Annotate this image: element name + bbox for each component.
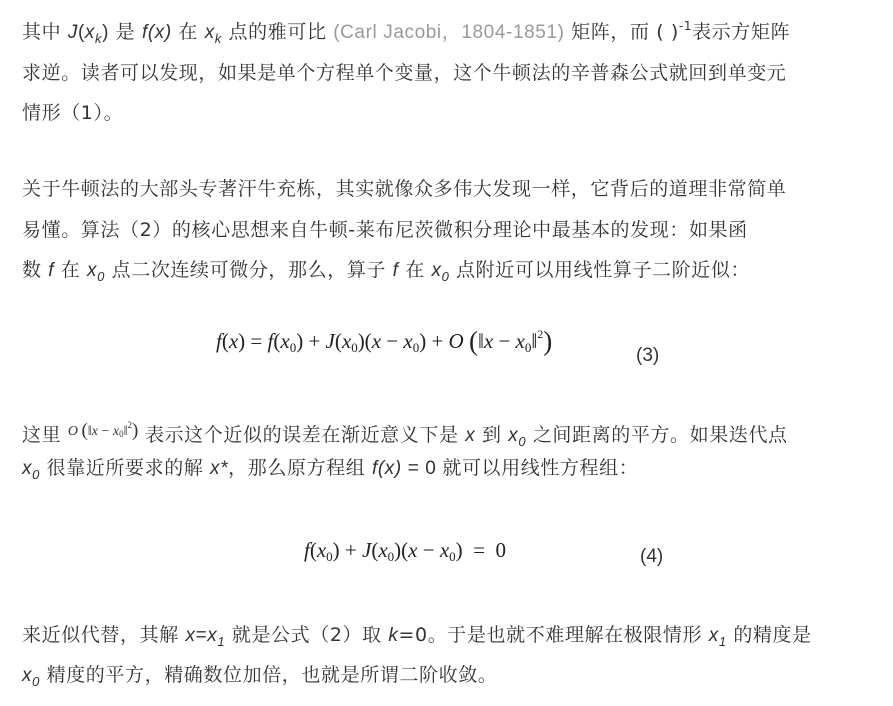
math-symbol-x: x [85, 22, 95, 43]
math-f: f [268, 329, 274, 353]
inline-big-o-formula: O (‖x − x0‖2) [68, 424, 139, 439]
plus-sign: + [303, 329, 325, 353]
paragraph-2-line-3: 数 f 在 x0 点二次连续可微分，那么，算子 f 在 x0 点附近可以用线性算… [22, 258, 750, 289]
subscript-0: 0 [97, 269, 105, 284]
text-segment: 表示这个近似的误差在渐近意义下是 [138, 424, 465, 446]
equation-3: f(x) = f(x0) + J(x0)(x − x0) + O (‖x − x… [216, 326, 552, 357]
text-segment: 在 [172, 21, 205, 43]
math-x: x [372, 329, 381, 353]
math-J: J [326, 329, 335, 353]
math-f: f [216, 329, 222, 353]
paragraph-2-line-1: 关于牛顿法的大部头专著汗牛充栋，其实就像众多伟大发现一样，它背后的道理非常简单 [22, 177, 786, 201]
math-symbol-x-star: x* [210, 458, 228, 479]
text-segment: = 0 就可以用线性方程组： [402, 458, 639, 479]
math-x: x [229, 329, 238, 353]
math-arg-x: (x) [148, 22, 172, 43]
subscript-0: 0 [449, 549, 456, 564]
subscript-0: 0 [326, 549, 333, 564]
math-symbol-x: x [22, 665, 32, 686]
paren: ( [78, 22, 85, 43]
text-segment: 精度的平方，精确数位加倍，也就是所谓二阶收敛。 [40, 664, 497, 686]
paragraph-4-line-1: 来近似代替，其解 x=x1 就是公式（2）取 k=0。于是也就不难理解在极限情形… [22, 623, 812, 654]
big-o: O [449, 329, 464, 353]
math-x: x [317, 538, 326, 562]
subscript-0: 0 [290, 340, 297, 355]
math-x: x [516, 329, 525, 353]
big-o: O [68, 424, 78, 439]
text-segment: 很靠近所要求的解 [40, 457, 210, 479]
math-symbol-x: x [709, 625, 719, 646]
subscript-0: 0 [518, 434, 526, 449]
text-segment: 来近似代替，其解 [22, 624, 185, 646]
rhs-zero: 0 [496, 538, 507, 562]
paren: ) [102, 22, 109, 43]
math-x: x [408, 538, 417, 562]
text-segment: 数 [22, 259, 48, 281]
text-segment: 点二次连续可微分，那么，算子 [105, 259, 393, 281]
math-J: J [362, 538, 371, 562]
paragraph-3-line-2: x0 很靠近所要求的解 x*，那么原方程组 f(x) = 0 就可以用线性方程组… [22, 456, 638, 487]
text-segment: =0。于是也就不难理解在极限情形 [399, 624, 709, 646]
math-x: x [342, 329, 351, 353]
math-symbol-x: x [87, 260, 97, 281]
text-segment: 点的雅可比 [222, 21, 333, 43]
subscript-0: 0 [32, 467, 40, 482]
minus-sign: − [493, 329, 515, 353]
equation-4-number: (4) [640, 546, 663, 568]
subscript-k: k [215, 31, 222, 46]
equals-sign: = [245, 329, 267, 353]
text-segment: 矩阵，而 ( ) [565, 21, 679, 43]
math-x: x [484, 329, 493, 353]
paragraph-2-line-2: 易懂。算法（2）的核心思想来自牛顿-莱布尼茨微积分理论中最基本的发现：如果函 [22, 218, 748, 242]
subscript-0: 0 [32, 674, 40, 689]
subscript-0: 0 [388, 549, 395, 564]
paragraph-4-line-2: x0 精度的平方，精确数位加倍，也就是所谓二阶收敛。 [22, 663, 497, 694]
minus-sign: − [418, 538, 440, 562]
text-segment: 在 [399, 259, 432, 281]
subscript-0: 0 [413, 340, 420, 355]
math-x: x [403, 329, 412, 353]
equation-3-number: (3) [636, 345, 659, 367]
superscript-inverse: -1 [679, 19, 692, 33]
paragraph-1-line-3: 情形（1）。 [22, 101, 123, 125]
math-symbol-x: x [22, 458, 32, 479]
subscript-0: 0 [351, 340, 358, 355]
paragraph-1-line-1: 其中 J(xk) 是 f(x) 在 xk 点的雅可比 (Carl Jacobi，… [22, 14, 790, 51]
text-segment: 到 [475, 424, 508, 446]
math-x: x [280, 329, 289, 353]
paragraph-1-line-2: 求逆。读者可以发现，如果是单个方程单个变量，这个牛顿法的辛普森公式就回到单变元 [22, 61, 786, 85]
text-segment: 的精度是 [727, 624, 812, 646]
math-symbol-x: x [508, 425, 518, 446]
math-symbol-x: x [205, 22, 215, 43]
text-segment: 点附近可以用线性算子二阶近似： [449, 259, 750, 281]
equation-4: f(x0) + J(x0)(x − x0) = 0 [304, 538, 506, 565]
equals-sign: = [196, 625, 208, 646]
minus-sign: − [381, 329, 403, 353]
document-page: 其中 J(xk) 是 f(x) 在 xk 点的雅可比 (Carl Jacobi，… [0, 0, 893, 706]
citation-jacobi: (Carl Jacobi，1804-1851) [333, 22, 564, 43]
text-segment: 在 [54, 259, 87, 281]
equals-sign: = [463, 538, 496, 562]
paragraph-3-line-1: 这里 O (‖x − x0‖2) 表示这个近似的误差在渐近意义下是 x 到 x0… [22, 413, 788, 454]
text-segment: ，那么原方程组 [228, 457, 372, 479]
math-f-of-x: f(x) [372, 458, 402, 479]
math-symbol-x: x [431, 260, 441, 281]
text-segment: 是 [109, 21, 142, 43]
math-f: f [304, 538, 310, 562]
text-segment: 就是公式（2）取 [225, 624, 388, 646]
math-x: x [378, 538, 387, 562]
text-segment: 之间距离的平方。如果迭代点 [526, 424, 787, 446]
math-symbol-x: x [465, 425, 475, 446]
math-symbol-x: x [185, 625, 195, 646]
minus-sign: − [98, 424, 113, 439]
math-symbol-k: k [388, 625, 398, 646]
text-segment: 其中 [22, 21, 68, 43]
text-segment: 这里 [22, 424, 68, 446]
plus-sign: + [426, 329, 448, 353]
plus-sign: + [340, 538, 362, 562]
math-symbol-x: x [207, 625, 217, 646]
text-segment: 表示方矩阵 [692, 21, 790, 43]
subscript-1: 1 [719, 634, 727, 649]
math-symbol-J: J [68, 22, 78, 43]
math-x: x [440, 538, 449, 562]
